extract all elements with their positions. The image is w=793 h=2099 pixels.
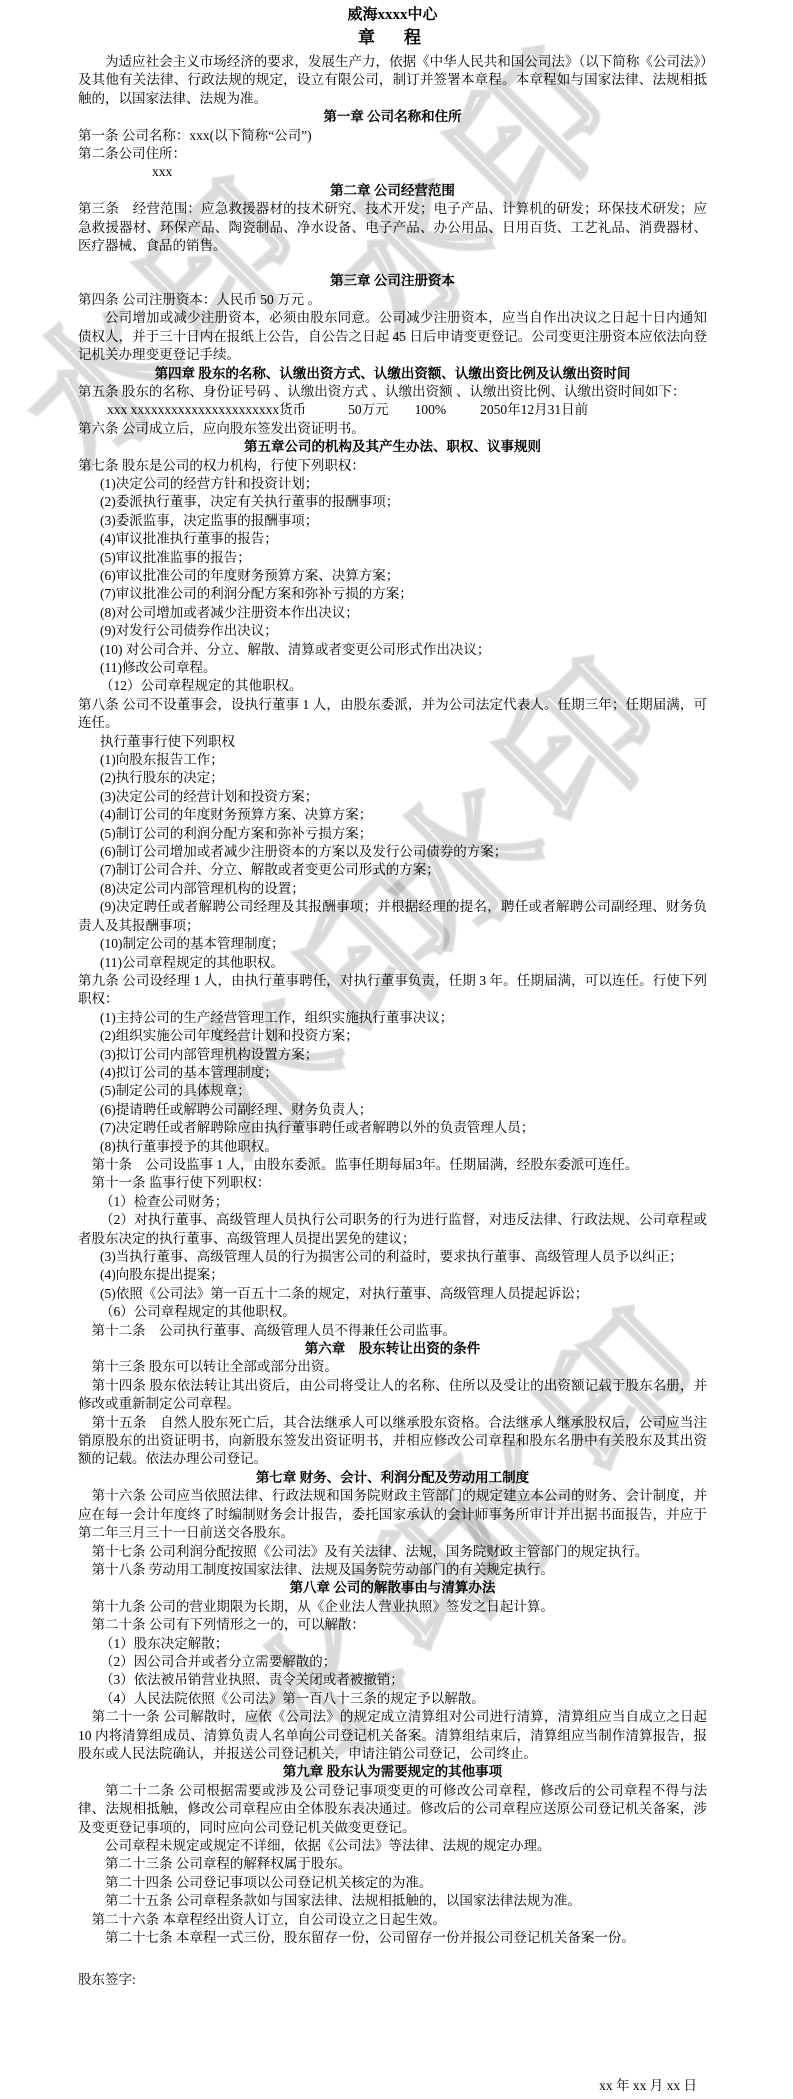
chapter-heading: 第二章 公司经营范围 (78, 182, 707, 200)
list-item: (7)审议批准公司的利润分配方案和弥补亏损的方案； (78, 585, 707, 603)
doc-paragraph: 第二十一条 公司解散时，应依《公司法》的规定成立清算组对公司进行清算，清算组应当… (78, 1708, 707, 1763)
doc-paragraph: 第十五条 自然人股东死亡后，其合法继承人可以继承股东资格。合法继承人继承股权后，… (78, 1414, 707, 1469)
list-item: (1)主持公司的生产经营管理工作，组织实施执行董事决议； (78, 1009, 707, 1027)
list-item: (11)公司章程规定的其他职权。 (78, 954, 707, 972)
doc-paragraph: 公司增加或减少注册资本，必须由股东同意。公司减少注册资本，应当自作出决议之日起十… (78, 309, 707, 364)
list-item: (8)执行董事授予的其他职权。 (78, 1138, 707, 1156)
list-item: (8)对公司增加或者减少注册资本作出决议； (78, 604, 707, 622)
doc-paragraph: 第六条 公司成立后，应向股东签发出资证明书。 (78, 420, 707, 438)
list-item: （2）对执行董事、高级管理人员执行公司职务的行为进行监督，对违反法律、行政法规、… (78, 1211, 707, 1248)
list-item: (9)对发行公司债券作出决议； (78, 622, 707, 640)
list-item: (5)依照《公司法》第一百五十二条的规定，对执行董事、高级管理人员提起诉讼； (78, 1285, 707, 1303)
list-item: (4)向股东提出提案； (78, 1266, 707, 1284)
doc-paragraph: 第二十三条 公司章程的解释权属于股东。 (78, 1855, 707, 1873)
list-item: (2)执行股东的决定； (78, 769, 707, 787)
chapter-heading: 第七章 财务、会计、利润分配及劳动用工制度 (78, 1469, 707, 1487)
doc-paragraph: 第四条 公司注册资本：人民币 50 万元 。 (78, 291, 707, 309)
chapter-heading: 第三章 公司注册资本 (78, 272, 707, 290)
chapter-heading: 第四章 股东的名称、认缴出资方式、认缴出资额、认缴出资比例及认缴出资时间 (78, 365, 707, 383)
list-item: (6)制订公司增加或者减少注册资本的方案以及发行公司债券的方案； (78, 843, 707, 861)
chapter-heading: 第一章 公司名称和住所 (78, 108, 707, 126)
capital-col-3: 2050年12月31日前 (480, 402, 588, 417)
doc-paragraph: 第二十五条 公司章程条款如与国家法律、法规相抵触的，以国家法律法规为准。 (78, 1892, 707, 1910)
list-item: （1）检查公司财务； (78, 1193, 707, 1211)
list-item: (6)审议批准公司的年度财务预算方案、决算方案； (78, 567, 707, 585)
capital-col-2: 100% (415, 402, 447, 417)
doc-paragraph: 第二十六条 本章程经出资人订立，自公司设立之日起生效。 (78, 1911, 707, 1929)
list-item: (7)决定聘任或者解聘除应由执行董事聘任或者解聘以外的负责管理人员； (78, 1119, 707, 1137)
list-item: (3)拟订公司内部管理机构设置方案； (78, 1046, 707, 1064)
doc-paragraph: 为适应社会主义市场经济的要求，发展生产力，依据《中华人民共和国公司法》（以下简称… (78, 53, 707, 108)
doc-paragraph: 第二十二条 公司根据需要或涉及公司登记事项变更的可修改公司章程，修改后的公司章程… (78, 1782, 707, 1837)
chapter-heading: 第六章 股东转让出资的条件 (78, 1340, 707, 1358)
doc-paragraph: 第十七条 公司利润分配按照《公司法》及有关法律、法规，国务院财政主管部门的规定执… (78, 1543, 707, 1561)
document-content: 威海xxxx中心 章 程 为适应社会主义市场经济的要求，发展生产力，依据《中华人… (78, 5, 707, 1990)
list-item: （1）股东决定解散； (78, 1635, 707, 1653)
sub-value: xxx (152, 163, 707, 181)
doc-paragraph: 第三条 经营范围：应急救援器材的技术研究、技术开发；电子产品、计算机的研发；环保… (78, 200, 707, 255)
doc-paragraph: 第十六条 公司应当依照法律、行政法规和国务院财政主管部门的规定建立本公司的财务、… (78, 1487, 707, 1542)
doc-paragraph: 公司章程未规定或规定不详细，依据《公司法》等法律、法规的规定办理。 (78, 1837, 707, 1855)
list-item: （6）公司章程规定的其他职权。 (78, 1303, 707, 1321)
chapter-heading: 第五章公司的机构及其产生办法、职权、议事规则 (78, 438, 707, 456)
capital-row: xxx xxxxxxxxxxxxxxxxxxxxxx货币50万元100%2050… (78, 401, 707, 419)
list-item: (3)当执行董事、高级管理人员的行为损害公司的利益时，要求执行董事、高级管理人员… (78, 1248, 707, 1266)
list-item: (2)组织实施公司年度经营计划和投资方案； (78, 1027, 707, 1045)
list-item: (11)修改公司章程。 (78, 659, 707, 677)
list-item: (3)决定公司的经营计划和投资方案； (78, 788, 707, 806)
document-title: 威海xxxx中心 (78, 5, 707, 25)
chapter-heading: 第八章 公司的解散事由与清算办法 (78, 1579, 707, 1597)
doc-paragraph: 第五条 股东的名称、身份证号码 、认缴出资方式 、认缴出资额 、认缴出资比例、认… (78, 383, 707, 401)
list-item: (2)委派执行董事，决定有关执行董事的报酬事项； (78, 493, 707, 511)
doc-paragraph: 第二十条 公司有下列情形之一的，可以解散： (78, 1616, 707, 1634)
list-item: (8)决定公司内部管理机构的设置； (78, 880, 707, 898)
list-item: (5)制订公司的利润分配方案和弥补亏损方案； (78, 825, 707, 843)
doc-paragraph: 第十八条 劳动用工制度按国家法律、法规及国务院劳动部门的有关规定执行。 (78, 1561, 707, 1579)
list-item: (5)审议批准监事的报告； (78, 549, 707, 567)
document-page: 水印水印水印水印水印水印 威海xxxx中心 章 程 为适应社会主义市场经济的要求… (0, 0, 793, 2099)
list-item: (6)提请聘任或解聘公司副经理、财务负责人； (78, 1101, 707, 1119)
doc-paragraph: 第二十七条 本章程一式三份，股东留存一份，公司留存一份并报公司登记机关备案一份。 (78, 1929, 707, 1947)
list-item: (3)委派监事，决定监事的报酬事项； (78, 512, 707, 530)
list-item: (10) 对公司合并、分立、解散、清算或者变更公司形式作出决议； (78, 641, 707, 659)
capital-col-0: xxx xxxxxxxxxxxxxxxxxxxxxx货币 (107, 402, 306, 417)
list-item: (7)制订公司合并、分立、解散或者变更公司形式的方案； (78, 861, 707, 879)
doc-paragraph: 第十四条 股东依法转让其出资后，由公司将受让人的名称、住所以及受让的出资额记载于… (78, 1377, 707, 1414)
doc-paragraph: 第二条公司住所： (78, 145, 707, 163)
list-item: （3）依法被吊销营业执照、责令关闭或者被撤销； (78, 1671, 707, 1689)
list-item: (4)拟订公司的基本管理制度； (78, 1064, 707, 1082)
doc-paragraph: 第七条 股东是公司的权力机构，行使下列职权： (78, 457, 707, 475)
list-item: (9)决定聘任或者解聘公司经理及其报酬事项；并根据经理的提名，聘任或者解聘公司副… (78, 898, 707, 935)
doc-paragraph: 第九条 公司设经理 1 人，由执行董事聘任，对执行董事负责，任期 3 年。任期届… (78, 972, 707, 1009)
doc-paragraph: 第一条 公司名称：xxx(以下简称“公司”) (78, 127, 707, 145)
doc-paragraph: 第十条 公司设监事 1 人，由股东委派。监事任期每届3年。任期届满，经股东委派可… (78, 1156, 707, 1174)
list-item: (4)审议批准执行董事的报告； (78, 530, 707, 548)
list-item: （4）人民法院依照《公司法》第一百八十三条的规定予以解散。 (78, 1690, 707, 1708)
capital-col-1: 50万元 (348, 402, 389, 417)
doc-paragraph: 第十一条 监事行使下列职权： (78, 1174, 707, 1192)
date-line: xx 年 xx 月 xx 日 (599, 2077, 697, 2095)
list-item: (4)制订公司的年度财务预算方案、决算方案； (78, 806, 707, 824)
list-item: (1)决定公司的经营方针和投资计划； (78, 475, 707, 493)
chapter-heading: 第九章 股东认为需要规定的其他事项 (78, 1763, 707, 1781)
list-item: (1)向股东报告工作； (78, 751, 707, 769)
signature-label: 股东签字: (78, 1971, 707, 1989)
list-item: （2）因公司合并或者分立需要解散的； (78, 1653, 707, 1671)
doc-paragraph: 第十九条 公司的营业期限为长期，从《企业法人营业执照》签发之日起计算。 (78, 1598, 707, 1616)
list-item: (10)制定公司的基本管理制度； (78, 935, 707, 953)
document-subtitle: 章 程 (78, 25, 707, 50)
list-item: 执行董事行使下列职权 (78, 733, 707, 751)
list-item: (5)制定公司的具体规章； (78, 1082, 707, 1100)
list-item: （12）公司章程规定的其他职权。 (78, 677, 707, 695)
doc-paragraph: 第十三条 股东可以转让全部或部分出资。 (78, 1358, 707, 1376)
document-body: 为适应社会主义市场经济的要求，发展生产力，依据《中华人民共和国公司法》（以下简称… (78, 53, 707, 1990)
doc-paragraph: 第二十四条 公司登记事项以公司登记机关核定的为准。 (78, 1874, 707, 1892)
doc-paragraph: 第十二条 公司执行董事、高级管理人员不得兼任公司监事。 (78, 1322, 707, 1340)
doc-paragraph: 第八条 公司不设董事会，设执行董事 1 人，由股东委派，并为公司法定代表人。任期… (78, 696, 707, 733)
